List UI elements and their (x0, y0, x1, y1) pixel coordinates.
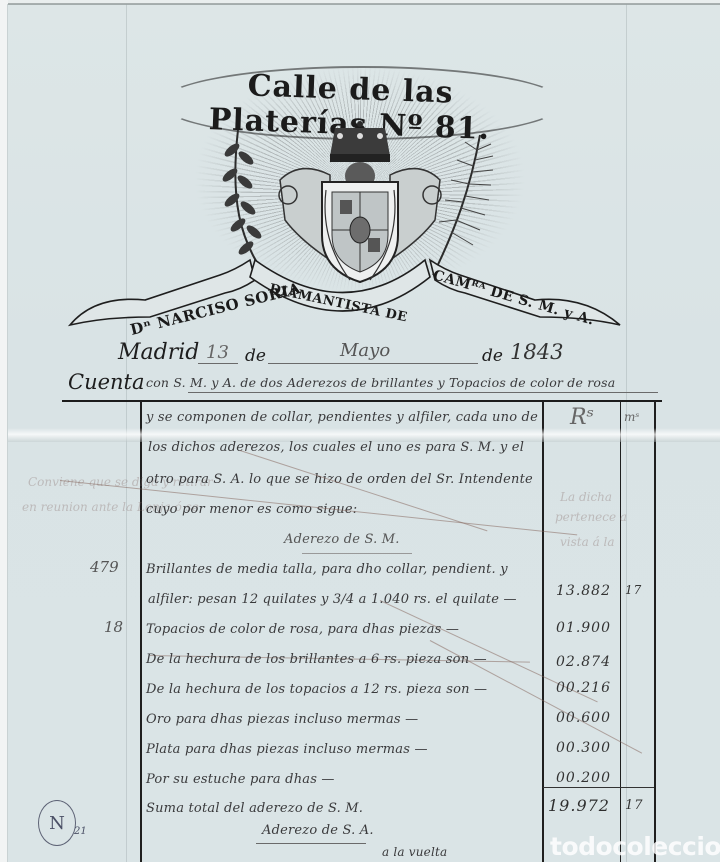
cuenta-underline (188, 392, 658, 393)
row-amount: 00.200 (556, 770, 611, 786)
bleed-through-text: vista á la (560, 535, 615, 549)
row-description: Oro para dhas piezas incluso mermas — (146, 712, 418, 727)
date-de-label: de (245, 346, 266, 366)
archive-stamp: N (38, 800, 76, 846)
section-underline (256, 843, 366, 844)
row-description: De la hechura de los topacios a 12 rs. p… (146, 682, 487, 697)
date-month: Mayo (340, 340, 390, 361)
intro-line: y se componen de collar, pendientes y al… (146, 410, 538, 425)
row-description: Topacios de color de rosa, para dhas pie… (146, 622, 459, 637)
row-amount: 00.600 (556, 710, 611, 726)
cuenta-label: Cuenta (68, 370, 145, 394)
total-cents: 17 (625, 798, 644, 813)
stamp-number: 21 (74, 826, 87, 837)
intro-line: otro para S. A. lo que se hizo de orden … (146, 472, 533, 487)
ledger-cents-column-line (620, 401, 621, 862)
watermark: todocoleccion (550, 832, 720, 861)
row-amount: 01.900 (556, 620, 611, 636)
scan-edge (0, 0, 8, 862)
month-underline (268, 363, 478, 364)
section-title-sm: Aderezo de S. M. (284, 532, 400, 547)
ledger-right-border (654, 401, 656, 862)
section-title-sa: Aderezo de S. A. (262, 823, 374, 838)
place-label: Madrid (118, 340, 199, 365)
row-quantity: 18 (104, 618, 123, 636)
amount-column-header: Rˢ (570, 405, 594, 430)
total-amount: 19.972 (548, 796, 610, 815)
row-description: alfiler: pesan 12 quilates y 3/4 a 1.040… (148, 592, 517, 607)
row-description: De la hechura de los brillantes a 6 rs. … (146, 652, 487, 667)
total-rule (543, 787, 654, 788)
paper-top-edge (8, 3, 720, 5)
intro-line: cuyo por menor es como sigue: (146, 502, 357, 517)
day-underline (198, 363, 238, 364)
row-description: Plata para dhas piezas incluso mermas — (146, 742, 428, 757)
row-cents: 17 (625, 583, 642, 597)
row-quantity: 479 (90, 558, 119, 576)
row-description: Por su estuche para dhas — (146, 772, 335, 787)
carry-over-note: a la vuelta (382, 845, 447, 859)
date-year: 1843 (510, 340, 563, 364)
total-label: Suma total del aderezo de S. M. (146, 801, 363, 816)
intro-line: los dichos aderezos, los cuales el uno e… (148, 440, 524, 455)
row-amount: 02.874 (556, 654, 611, 670)
row-amount: 00.216 (556, 680, 611, 696)
row-amount: 13.882 (556, 583, 611, 599)
ledger-qty-column-line (140, 401, 142, 862)
section-underline (302, 553, 412, 554)
row-amount: 00.300 (556, 740, 611, 756)
bleed-through-text: pertenece a (555, 510, 627, 524)
cuenta-description: con S. M. y A. de dos Aderezos de brilla… (146, 375, 615, 390)
ledger-top-rule (62, 400, 662, 402)
date-year-de-label: de (482, 346, 503, 366)
row-description: Brillantes de media talla, para dho coll… (146, 562, 508, 577)
stamp-letter: N (49, 813, 65, 834)
cents-column-header: mˢ (624, 410, 639, 424)
ledger-amount-column-line (542, 401, 544, 862)
date-day: 13 (206, 342, 229, 363)
bleed-through-text: La dicha (560, 490, 612, 504)
